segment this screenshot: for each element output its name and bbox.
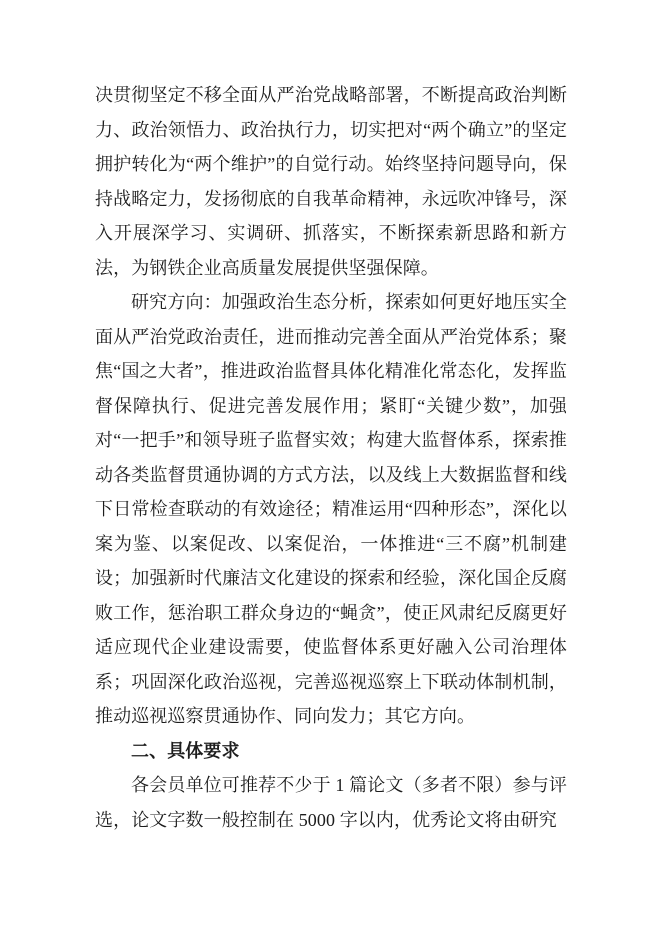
document-page: 决贯彻坚定不移全面从严治党战略部署，不断提高政治判断力、政治领悟力、政治执行力，… [0,0,660,933]
paragraph-continued-body: 决贯彻坚定不移全面从严治党战略部署，不断提高政治判断力、政治领悟力、政治执行力，… [95,78,567,285]
paragraph-research-directions: 研究方向：加强政治生态分析，探索如何更好地压实全面从严治党政治责任，进而推动完善… [95,285,567,734]
paragraph-submission-requirements: 各会员单位可推荐不少于 1 篇论文（多者不限）参与评选，论文字数一般控制在 50… [95,768,567,837]
section-heading-specific-requirements: 二、具体要求 [95,734,567,769]
